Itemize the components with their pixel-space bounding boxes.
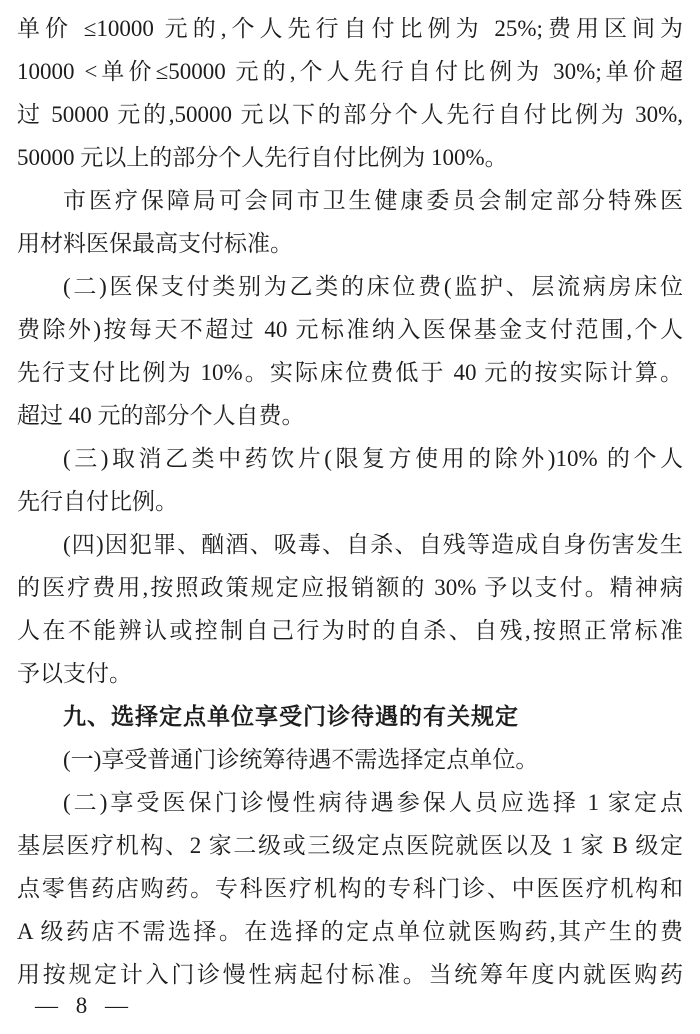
text-line: (三)取消乙类中药饮片(限复方使用的除外)10% 的个人 bbox=[17, 437, 683, 480]
page-number: — 8 — bbox=[35, 984, 134, 1027]
document-page: 单价 ≤10000 元的,个人先行自付比例为 25%;费用区间为10000 <单… bbox=[0, 0, 700, 1034]
page-text: 单价 ≤10000 元的,个人先行自付比例为 25%;费用区间为10000 <单… bbox=[17, 7, 683, 996]
text-line: 超过 40 元的部分个人自费。 bbox=[17, 394, 683, 437]
text-line: (四)因犯罪、酗酒、吸毒、自杀、自残等造成自身伤害发生 bbox=[17, 523, 683, 566]
text-line: (二)医保支付类别为乙类的床位费(监护、层流病房床位 bbox=[17, 265, 683, 308]
text-line: 10000 <单价≤50000 元的,个人先行自付比例为 30%;单价超 bbox=[17, 50, 683, 93]
text-line: 用材料医保最高支付标准。 bbox=[17, 222, 683, 265]
text-line: (一)享受普通门诊统筹待遇不需选择定点单位。 bbox=[17, 738, 683, 781]
text-line: 市医疗保障局可会同市卫生健康委员会制定部分特殊医 bbox=[17, 179, 683, 222]
text-line: 的医疗费用,按照政策规定应报销额的 30% 予以支付。精神病 bbox=[17, 566, 683, 609]
text-line: 50000 元以上的部分个人先行自付比例为 100%。 bbox=[17, 136, 683, 179]
text-line: 单价 ≤10000 元的,个人先行自付比例为 25%;费用区间为 bbox=[17, 7, 683, 50]
text-line: 过 50000 元的,50000 元以下的部分个人先行自付比例为 30%, bbox=[17, 93, 683, 136]
section-heading: 九、选择定点单位享受门诊待遇的有关规定 bbox=[17, 695, 683, 738]
text-line: 基层医疗机构、2 家二级或三级定点医院就医以及 1 家 B 级定 bbox=[17, 824, 683, 867]
text-line: 人在不能辨认或控制自己行为时的自杀、自残,按照正常标准 bbox=[17, 609, 683, 652]
text-line: 点零售药店购药。专科医疗机构的专科门诊、中医医疗机构和 bbox=[17, 867, 683, 910]
text-line: A 级药店不需选择。在选择的定点单位就医购药,其产生的费 bbox=[17, 910, 683, 953]
text-line: 先行支付比例为 10%。实际床位费低于 40 元的按实际计算。 bbox=[17, 351, 683, 394]
text-line: 费除外)按每天不超过 40 元标准纳入医保基金支付范围,个人 bbox=[17, 308, 683, 351]
text-line: 先行自付比例。 bbox=[17, 480, 683, 523]
text-line: 予以支付。 bbox=[17, 652, 683, 695]
text-line: (二)享受医保门诊慢性病待遇参保人员应选择 1 家定点 bbox=[17, 781, 683, 824]
